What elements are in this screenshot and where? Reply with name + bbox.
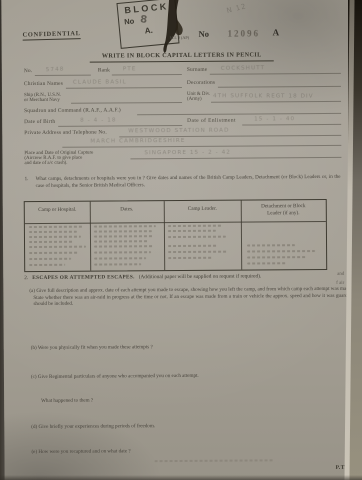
- pencil-scribble: [94, 245, 154, 247]
- table-header-dates: Dates.: [90, 201, 164, 223]
- confidential-stamp: CONFIDENTIAL: [22, 30, 80, 40]
- q2b-text: (b) Were you physically fit when you mad…: [31, 343, 341, 352]
- pencil-scribble: [29, 241, 74, 243]
- pencil-scribble: [168, 251, 228, 253]
- q2-number: 2.: [24, 275, 28, 281]
- serial-suffix: A: [273, 27, 280, 37]
- surname-field-label: Surname: [187, 67, 208, 73]
- pencil-scribble: [247, 256, 307, 258]
- pencil-scribble: [94, 235, 154, 237]
- table-header-detachment: Detachment or Block Leader (if any).: [241, 200, 326, 222]
- pencil-scribble: [94, 251, 151, 253]
- pencil-scribble: [155, 459, 275, 462]
- pencil-scribble: [94, 230, 152, 232]
- serial-no-label: No: [199, 29, 209, 39]
- bottom-shadow: [0, 475, 362, 480]
- address-handwriting-2: MARCH CAMBRIDGESHIRE: [90, 138, 185, 145]
- address-line-1: [119, 134, 341, 138]
- table-header-detachment-line2: Leader (if any).: [267, 210, 299, 216]
- ship-field-line: [71, 101, 182, 104]
- pencil-scribble: [29, 264, 65, 266]
- serial-number-stamp: 12096: [228, 28, 261, 38]
- unit-label-line2: (Army): [187, 97, 202, 102]
- christian-names-handwriting: CLAUDE BASIL: [73, 79, 127, 85]
- camps-table: Camp or Hospital. Dates. Camp Leader. De…: [24, 199, 327, 272]
- block-no-pencil-value: 8: [140, 14, 148, 26]
- pencil-scribble: [247, 262, 287, 264]
- pencil-annotation: N 12: [226, 2, 248, 15]
- address-label: Private Address and Telephone No.: [24, 129, 107, 136]
- q2-heading: 2. ESCAPES OR ATTEMPTED ESCAPES. (Additi…: [24, 273, 261, 281]
- pencil-scribble: [29, 231, 77, 233]
- squadron-field-line: [137, 112, 341, 115]
- rank-field-handwriting: PTE: [123, 66, 137, 72]
- q2-note: (Additional paper will be supplied on re…: [139, 273, 262, 280]
- pencil-scribble: [168, 257, 212, 259]
- q2a-text: (a) Give full description and approx. da…: [33, 286, 352, 308]
- rank-field-label: Rank: [98, 67, 110, 73]
- pencil-scribble: [94, 263, 141, 265]
- pencil-scribble: [247, 250, 315, 252]
- rank-field-line: [112, 73, 182, 75]
- date-of-birth-line: [58, 124, 182, 127]
- instruction-heading: WRITE IN BLOCK CAPITAL LETTERS IN PENCIL: [90, 51, 274, 62]
- pencil-scribble: [29, 226, 84, 228]
- no-field-label: No.: [24, 68, 33, 74]
- decorations-line: [218, 85, 341, 88]
- surname-field-line: [210, 72, 341, 75]
- capture-label-line3: and date of a/c crash).: [24, 161, 67, 166]
- pencil-scribble: [94, 257, 146, 259]
- table-header-detachment-line1: Detachment or Block: [261, 203, 305, 209]
- enlistment-handwriting: 15 - 1 - 40: [254, 116, 295, 122]
- no-field-handwriting: 5748: [46, 66, 65, 73]
- pencil-scribble: [29, 258, 71, 260]
- pencil-scribble: [29, 236, 81, 238]
- pencil-scribble: [168, 230, 216, 232]
- table-header-camp: Camp or Hospital.: [25, 202, 90, 223]
- no-field-line: [35, 74, 91, 76]
- scanned-document-photo: BLOCK No8 A. CONFIDENTIAL N 12 M.I. 9 (A…: [0, 0, 362, 480]
- decorations-label: Decorations: [187, 80, 215, 86]
- pencil-scribble: [168, 236, 226, 238]
- pencil-scribble: [168, 225, 223, 227]
- page-edge-fragment-1: and: [337, 272, 344, 277]
- q1-number: 1.: [25, 176, 36, 183]
- ship-label-line2: or Merchant Navy: [24, 98, 60, 103]
- pencil-scribble: [94, 225, 156, 227]
- date-of-birth-label: Date of Birth: [24, 119, 55, 125]
- q2c2-text: What happened to them ?: [41, 396, 341, 405]
- q2c-text: (c) Give Regimental particulars of anyon…: [31, 372, 341, 381]
- pencil-scribble: [29, 246, 86, 248]
- capture-handwriting: SINGAPORE 15 - 2 - 42: [144, 150, 231, 157]
- date-of-birth-handwriting: 8 - 4 - 18: [80, 117, 116, 123]
- address-handwriting-1: WESTWOOD STATION ROAD: [128, 128, 229, 135]
- christian-names-label: Christian Names: [24, 81, 63, 87]
- pencil-scribble: [168, 245, 218, 247]
- squadron-label: Squadron and Command (R.A.F., A.A.F.): [24, 107, 121, 114]
- table-header-leader: Camp Leader.: [164, 201, 241, 223]
- pencil-scribble: [247, 244, 295, 246]
- paper-sheet: BLOCK No8 A. CONFIDENTIAL N 12 M.I. 9 (A…: [1, 0, 353, 480]
- pencil-scribble: [94, 240, 149, 242]
- q2d-text: (d) Give briefly your experiences during…: [31, 422, 341, 431]
- enlistment-label: Date of Enlistment: [187, 118, 236, 124]
- form-reference: M.I. 9 (AP): [170, 35, 190, 40]
- pencil-scribble: [29, 252, 79, 254]
- block-no-label: No: [124, 17, 135, 27]
- unit-field-line: [211, 100, 341, 103]
- capture-field-line: [130, 156, 341, 159]
- unit-field-handwriting: 4TH SUFFOLK REGT 18 DIV: [213, 93, 314, 99]
- q2e-text: (e) How were you recaptured and on what …: [31, 447, 341, 456]
- christian-names-line: [66, 86, 182, 89]
- binding-string: [154, 0, 194, 56]
- enlistment-line: [242, 123, 341, 126]
- surname-field-handwriting: COCKSHUTT: [221, 65, 265, 72]
- q1-text: What camps, detachments or hospitals wer…: [36, 174, 341, 189]
- q2-title: ESCAPES OR ATTEMPTED ESCAPES.: [32, 274, 135, 281]
